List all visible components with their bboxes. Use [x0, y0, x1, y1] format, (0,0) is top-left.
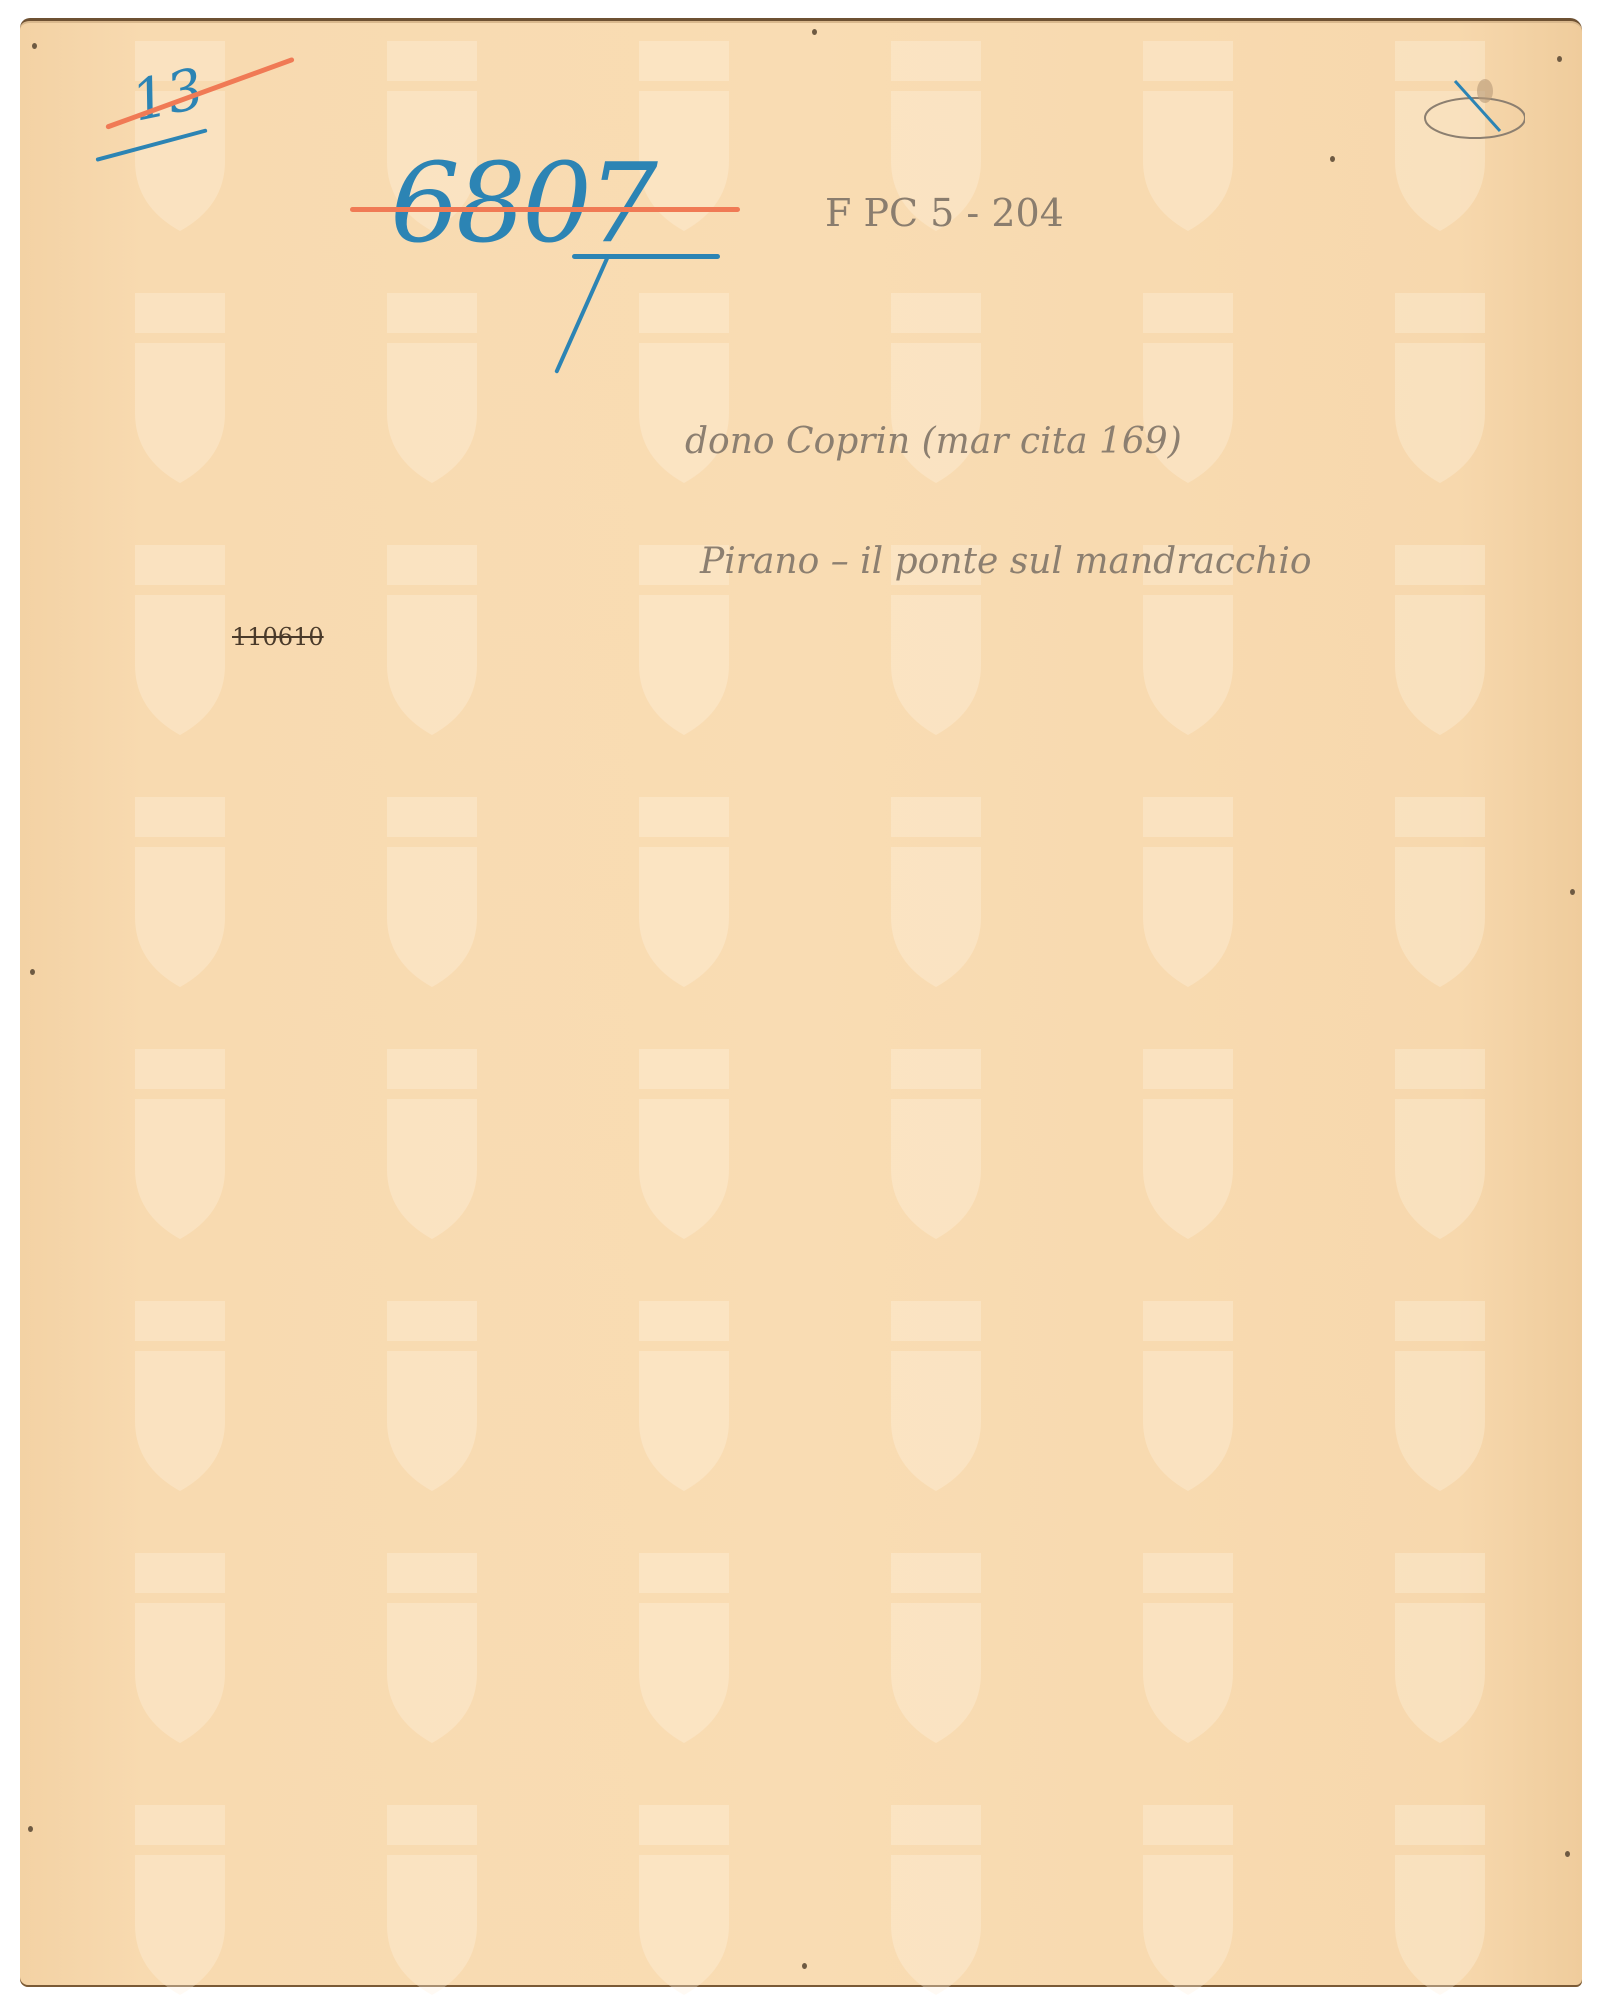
watermark-shield-icon	[1138, 1553, 1238, 1743]
pin-hole	[1570, 889, 1575, 895]
watermark-shield-icon	[886, 1301, 986, 1491]
watermark-shield-icon	[130, 1553, 230, 1743]
watermark-shield-icon	[382, 797, 482, 987]
pin-hole	[1565, 1851, 1570, 1857]
watermark-shield-icon	[1138, 1049, 1238, 1239]
pencil-note-donor: dono Coprin (mar cita 169)	[685, 421, 1182, 462]
pin-hole	[30, 969, 35, 975]
pin-hole	[1557, 56, 1562, 62]
watermark-shield-icon	[130, 293, 230, 483]
watermark-shield-icon	[1390, 797, 1490, 987]
watermark-shield-icon	[130, 1805, 230, 1995]
photo-card-back: 13 6807 F PC 5 - 204 dono Coprin (mar ci…	[20, 18, 1582, 1987]
pin-hole	[812, 29, 817, 35]
pin-hole	[1330, 156, 1335, 162]
blue-underline-6807	[572, 254, 720, 259]
pencil-note-subject: Pirano – il ponte sul mandracchio	[700, 541, 1312, 582]
main-number: 6807	[390, 139, 654, 267]
watermark-shield-icon	[886, 797, 986, 987]
watermark-shield-icon	[634, 1301, 734, 1491]
watermark-shield-icon	[1390, 545, 1490, 735]
watermark-shield-icon	[1390, 1805, 1490, 1995]
watermark-shield-icon	[634, 797, 734, 987]
watermark-shield-icon	[1138, 1301, 1238, 1491]
watermark-shield-icon	[886, 1805, 986, 1995]
watermark-shield-icon	[886, 1049, 986, 1239]
watermark-shield-icon	[1390, 1301, 1490, 1491]
watermark-shield-icon	[634, 1049, 734, 1239]
pin-hole	[32, 43, 37, 49]
watermark-shield-icon	[1390, 293, 1490, 483]
watermark-shield-icon	[1390, 1049, 1490, 1239]
watermark-shield-icon	[382, 293, 482, 483]
watermark-shield-icon	[130, 1301, 230, 1491]
watermark-shield-icon	[130, 1049, 230, 1239]
catalog-code: F PC 5 - 204	[825, 191, 1064, 235]
blue-slash-6807	[554, 253, 611, 373]
watermark-shield-icon	[634, 1553, 734, 1743]
watermark-shield-icon	[382, 1805, 482, 1995]
watermark-shield-icon	[130, 797, 230, 987]
watermark-shield-icon	[1138, 797, 1238, 987]
watermark-shield-icon	[634, 1805, 734, 1995]
watermark-shield-icon	[1138, 1805, 1238, 1995]
crossed-number: 110610	[232, 623, 324, 651]
corner-mark	[1415, 76, 1525, 146]
red-strike-6807	[350, 207, 740, 212]
pin-hole	[28, 1826, 33, 1832]
watermark-shield-icon	[1390, 1553, 1490, 1743]
watermark-shield-icon	[130, 545, 230, 735]
watermark-shield-icon	[382, 1301, 482, 1491]
watermark-shield-icon	[382, 1553, 482, 1743]
pin-hole	[802, 1963, 807, 1969]
watermark-shield-icon	[382, 545, 482, 735]
watermark-shield-icon	[382, 1049, 482, 1239]
watermark-shield-icon	[886, 1553, 986, 1743]
watermark-shield-icon	[1138, 41, 1238, 231]
